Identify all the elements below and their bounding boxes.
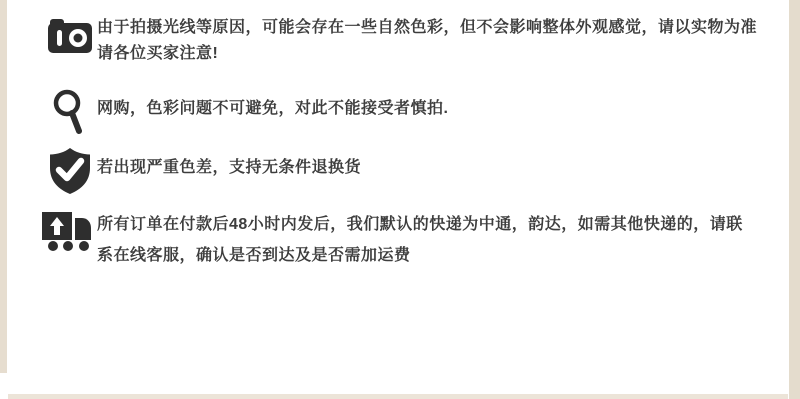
truck-icon (42, 210, 92, 253)
notice-line: 请各位买家注意! (97, 41, 765, 67)
notice-line: 网购，色彩问题不可避免，对此不能接受者慎拍. (97, 96, 765, 122)
shield-check-icon (48, 148, 92, 194)
right-border (789, 0, 800, 399)
notice-text-lighting: 由于拍摄光线等原因，可能会存在一些自然色彩，但不会影响整体外观感觉，请以实物为准… (97, 15, 765, 67)
notice-line: 系在线客服，确认是否到达及是否需加运费 (97, 240, 765, 271)
notice-text-shipping: 所有订单在付款后48小时内发后，我们默认的快递为中通，韵达，如需其他快递的，请联… (97, 209, 765, 271)
magnifier-icon (52, 89, 88, 137)
camera-icon (48, 19, 92, 54)
notice-text-color: 网购，色彩问题不可避免，对此不能接受者慎拍. (97, 96, 765, 122)
notice-page: 由于拍摄光线等原因，可能会存在一些自然色彩，但不会影响整体外观感觉，请以实物为准… (0, 0, 800, 399)
bottom-border (8, 394, 788, 399)
notice-line: 若出现严重色差，支持无条件退换货 (97, 155, 765, 181)
left-border (0, 0, 7, 373)
notice-text-return: 若出现严重色差，支持无条件退换货 (97, 155, 765, 181)
notice-line: 由于拍摄光线等原因，可能会存在一些自然色彩，但不会影响整体外观感觉，请以实物为准 (97, 15, 765, 41)
notice-line: 所有订单在付款后48小时内发后，我们默认的快递为中通，韵达，如需其他快递的，请联 (97, 209, 765, 240)
